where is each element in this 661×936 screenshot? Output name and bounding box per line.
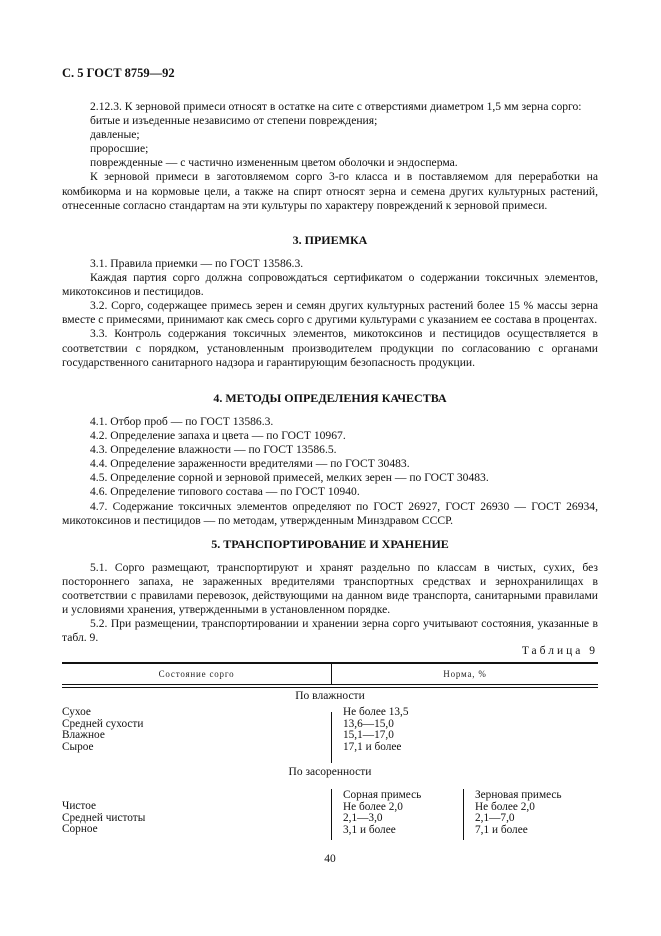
section-3-text: 3.1. Правила приемки — по ГОСТ 13586.3. … [62,257,598,370]
list-item: проросшие; [62,142,598,156]
weed-column-divider [331,789,332,840]
table-top-rule [62,662,598,664]
paragraph-4-5: 4.5. Определение сорной и зерновой приме… [62,471,598,485]
paragraph: Каждая партия сорго должна сопровождатьс… [62,271,598,299]
moisture-column-divider [331,712,332,763]
group-moisture-title: По влажности [62,690,598,702]
section-5-text: 5.1. Сорго размещают, транспортируют и х… [62,561,598,646]
contamination-states: Чистое Средней чистоты Сорное [62,801,145,836]
weed-weedy: 3,1 и более [343,825,421,837]
header-state: Состояние сорго [62,669,331,679]
state-wet: Сырое [62,742,143,754]
paragraph-3-2: 3.2. Сорго, содержащее примесь зерен и с… [62,299,598,327]
grain-impurity-header: Зерновая примесь [475,790,562,802]
running-head: С. 5 ГОСТ 8759—92 [62,66,175,81]
state-dry: Сухое [62,707,143,719]
list-item: поврежденные — с частично измененным цве… [62,156,598,170]
list-item: давленые; [62,128,598,142]
moisture-norms: Не более 13,5 13,6—15,0 15,1—17,0 17,1 и… [343,707,409,753]
weed-impurity-header: Сорная примесь [343,790,421,802]
section-4-text: 4.1. Отбор проб — по ГОСТ 13586.3. 4.2. … [62,415,598,528]
grain-column-divider [463,789,464,840]
paragraph-5-1: 5.1. Сорго размещают, транспортируют и х… [62,561,598,617]
norm-wet: 17,1 и более [343,742,409,754]
paragraph-4-4: 4.4. Определение зараженности вредителям… [62,457,598,471]
header-bottom-rule-1 [62,684,598,685]
page-number: 40 [62,853,598,865]
paragraph-4-7: 4.7. Содержание токсичных элементов опре… [62,500,598,528]
paragraph-4-1: 4.1. Отбор проб — по ГОСТ 13586.3. [62,415,598,429]
paragraph: К зерновой примеси в заготовляемом сорго… [62,170,598,212]
norm-dry: Не более 13,5 [343,707,409,719]
state-clean: Чистое [62,801,145,813]
group-contamination-title: По засоренности [62,766,598,778]
paragraph-4-2: 4.2. Определение запаха и цвета — по ГОС… [62,429,598,443]
paragraph-2-12-3: 2.12.3. К зерновой примеси относят в ост… [62,100,598,114]
table-caption: Таблица 9 [522,645,598,657]
header-bottom-rule-2 [62,687,598,688]
paragraph-5-2: 5.2. При размещении, транспортировании и… [62,617,598,645]
paragraph-3-3: 3.3. Контроль содержания токсичных элеме… [62,327,598,369]
section-3-title: 3. ПРИЕМКА [62,233,598,248]
list-item: битые и изъеденные независимо от степени… [62,114,598,128]
moisture-states: Сухое Средней сухости Влажное Сырое [62,707,143,753]
section-4-title: 4. МЕТОДЫ ОПРЕДЕЛЕНИЯ КАЧЕСТВА [62,391,598,406]
paragraph-4-3: 4.3. Определение влажности — по ГОСТ 135… [62,443,598,457]
weed-impurity-column: Сорная примесь Не более 2,0 2,1—3,0 3,1 … [343,790,421,836]
grain-weedy: 7,1 и более [475,825,562,837]
section-5-title: 5. ТРАНСПОРТИРОВАНИЕ И ХРАНЕНИЕ [62,537,598,552]
header-norm: Норма, % [332,669,598,679]
state-weedy: Сорное [62,824,145,836]
paragraph-3-1: 3.1. Правила приемки — по ГОСТ 13586.3. [62,257,598,271]
grain-impurity-column: Зерновая примесь Не более 2,0 2,1—7,0 7,… [475,790,562,836]
section-2-text: 2.12.3. К зерновой примеси относят в ост… [62,100,598,213]
paragraph-4-6: 4.6. Определение типового состава — по Г… [62,485,598,499]
